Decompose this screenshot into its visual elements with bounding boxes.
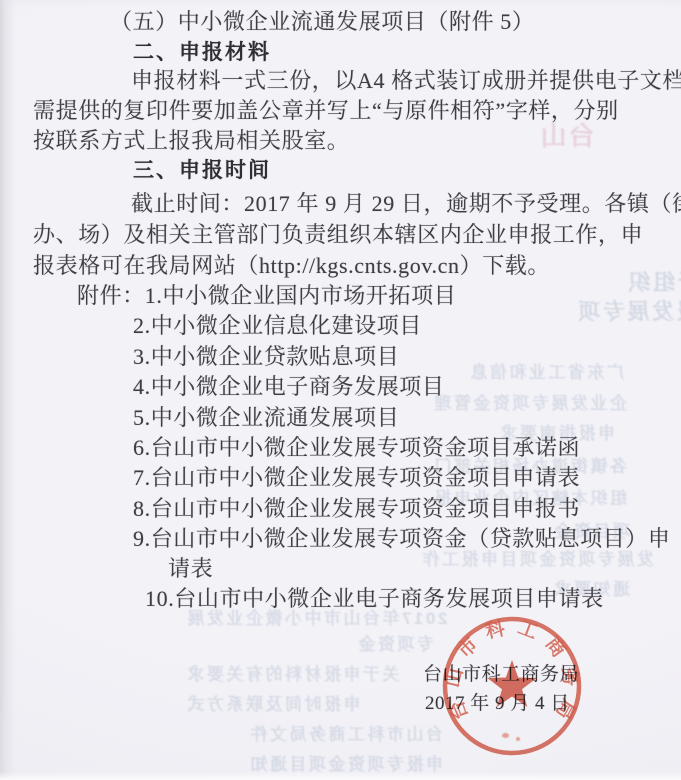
attachment-list-line: 附件：1.中小微企业国内市场开拓项目 — [77, 279, 456, 310]
attachment-list-line: 9.台山市中小微企业发展专项资金（贷款贴息项目）申 — [133, 522, 671, 553]
materials-paragraph-line: 需提供的复印件要加盖公章并写上“与原件相符”字样，分别 — [33, 94, 619, 125]
bleedthrough-text: 企业发展专项资金管理 — [432, 389, 627, 414]
seal-graphic: 台山市科工商务局 — [432, 612, 592, 762]
bleedthrough-text: 广东省工业和信息 — [468, 358, 624, 383]
attachment-list-line: 10.台山市中小微企业电子商务发展项目申请表 — [145, 582, 604, 613]
seal-smudge — [502, 733, 509, 738]
bleedthrough-text: 关于组织 — [626, 266, 681, 297]
website-url-line: 报表格可在我局网站（http://kgs.cnts.gov.cn）下载。 — [33, 249, 550, 280]
bleedthrough-text: 申报发展专项 — [576, 295, 681, 326]
materials-paragraph-line: 申报材料一式三份，以A4 格式装订成册并提供电子文档， — [131, 64, 681, 95]
heading-application-materials: 二、申报材料 — [133, 36, 271, 66]
bleedthrough-text: 台山市科工商务局文件 — [248, 720, 443, 745]
bleedthrough-text: 申报时间及联系方式 — [185, 690, 361, 715]
attachment-list-line: 8.台山市中小微企业发展专项资金项目申报书 — [133, 492, 580, 523]
heading-application-deadline: 三、申报时间 — [133, 154, 271, 184]
seal-smudge — [516, 737, 520, 741]
attachment-list-line: 5.中小微企业流通发展项目 — [133, 401, 399, 432]
deadline-paragraph-line: 截止时间：2017 年 9 月 29 日，逾期不予受理。各镇（街道 — [131, 187, 681, 218]
list-item-5-line: （五）中小微企业流通发展项目（附件 5） — [110, 5, 535, 36]
star-icon — [487, 660, 536, 707]
attachment-list-line: 4.中小微企业电子商务发展项目 — [133, 370, 445, 401]
scan-edge — [0, 772, 681, 780]
scanned-document-page: 台山 关于组织 申报发展专项 广东省工业和信息 企业发展专项资金管理 申报指南要… — [0, 0, 681, 780]
materials-paragraph-line: 按联系方式上报我局相关股室。 — [33, 124, 349, 155]
deadline-paragraph-line: 办、场）及相关主管部门负责组织本辖区内企业申报工作，申 — [33, 218, 643, 249]
attachment-list-line: 2.中小微企业信息化建设项目 — [133, 309, 422, 340]
attachment-list-line: 6.台山市中小微企业发展专项资金项目承诺函 — [133, 431, 580, 462]
attachment-list-line: 7.台山市中小微企业发展专项资金项目申请表 — [133, 461, 580, 492]
official-seal: 台山市科工商务局 — [432, 612, 592, 762]
bleedthrough-text: 关于申报材料的有关要求 — [185, 660, 400, 685]
bleedthrough-text: 专项资金 — [356, 630, 434, 655]
attachment-list-line: 请表 — [168, 552, 213, 583]
attachment-list-line: 3.中小微企业贷款贴息项目 — [133, 340, 399, 371]
